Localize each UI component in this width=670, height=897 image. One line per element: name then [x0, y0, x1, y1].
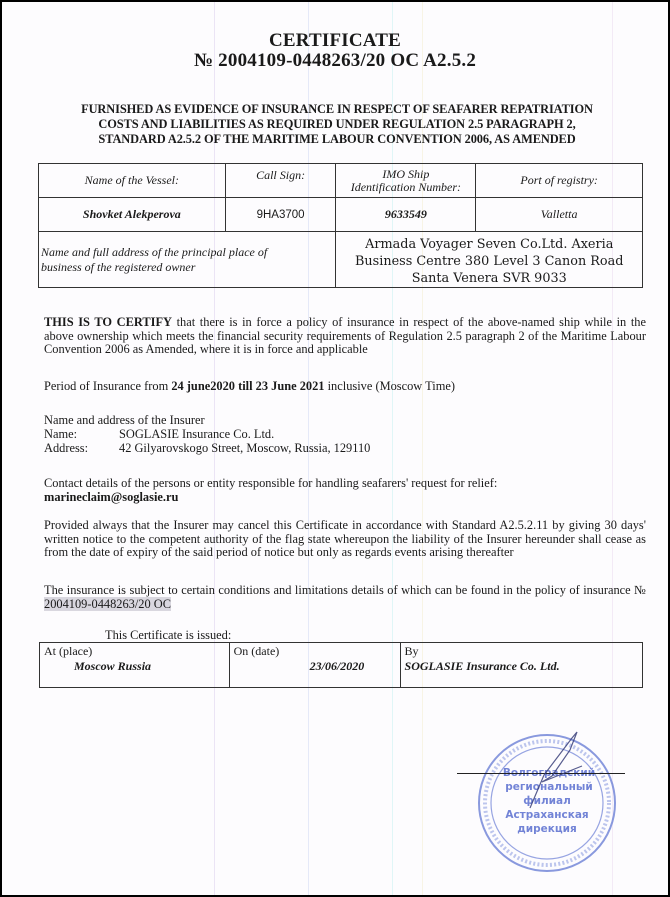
- furnished-line: COSTS AND LIABILITIES AS REQUIRED UNDER …: [52, 117, 622, 132]
- insurer-name: SOGLASIE Insurance Co. Ltd.: [119, 427, 274, 441]
- imo-header-line: IMO Ship: [336, 168, 475, 181]
- issuance-table: At (place) Moscow Russia On (date) 23/06…: [39, 642, 643, 688]
- period-suffix: inclusive (Moscow Time): [325, 379, 455, 393]
- owner-label-line: Name and full address of the principal p…: [41, 245, 333, 260]
- imo-number-value: 9633549: [336, 198, 476, 232]
- certificate-title: CERTIFICATE: [2, 30, 668, 52]
- furnished-line: FURNISHED AS EVIDENCE OF INSURANCE IN RE…: [52, 102, 622, 117]
- insurer-address-row: Address: 42 Gilyarovskogo Street, Moscow…: [44, 441, 646, 455]
- owner-address-line: Santa Venera SVR 9033: [336, 270, 642, 287]
- conditions-text: The insurance is subject to certain cond…: [44, 583, 646, 597]
- certificate-page: CERTIFICATE № 2004109-0448263/20 OC A2.5…: [2, 2, 668, 895]
- insurance-period: Period of Insurance from 24 june2020 til…: [44, 380, 646, 394]
- imo-header-line: Identification Number:: [336, 181, 475, 194]
- owner-row: Name and full address of the principal p…: [39, 232, 643, 288]
- policy-number: 2004109-0448263/20 OC: [44, 597, 171, 611]
- issued-by-cell: By SOGLASIE Insurance Co. Ltd.: [400, 643, 642, 688]
- period-prefix: Period of Insurance from: [44, 379, 171, 393]
- port-of-registry-value: Valletta: [476, 198, 643, 232]
- port-of-registry-header: Port of registry:: [476, 164, 643, 198]
- stamp-line: Астраханская: [505, 809, 588, 821]
- furnished-line: STANDARD A2.5.2 OF THE MARITIME LABOUR C…: [52, 132, 622, 147]
- owner-address-line: Business Centre 380 Level 3 Canon Road: [336, 253, 642, 270]
- issued-by-value: SOGLASIE Insurance Co. Ltd.: [405, 659, 638, 674]
- imo-number-header: IMO Ship Identification Number:: [336, 164, 476, 198]
- stamp-line: дирекция: [517, 823, 576, 835]
- vessel-details-table: Name of the Vessel: Call Sign: IMO Ship …: [38, 163, 643, 288]
- owner-address-value: Armada Voyager Seven Co.Ltd. Axeria Busi…: [336, 232, 643, 288]
- conditions-paragraph: The insurance is subject to certain cond…: [44, 584, 646, 611]
- owner-label-line: business of the registered owner: [41, 260, 333, 275]
- call-sign-header: Call Sign:: [225, 164, 336, 198]
- owner-address-line: Armada Voyager Seven Co.Ltd. Axeria: [336, 236, 642, 253]
- certify-paragraph: THIS IS TO CERTIFY that there is in forc…: [44, 316, 646, 357]
- furnished-statement: FURNISHED AS EVIDENCE OF INSURANCE IN RE…: [52, 102, 622, 147]
- issued-date-label: On (date): [234, 644, 396, 659]
- issued-place-cell: At (place) Moscow Russia: [40, 643, 230, 688]
- issued-place-label: At (place): [44, 644, 225, 659]
- issued-by-label: By: [405, 644, 638, 659]
- issued-date-value: 23/06/2020: [234, 659, 396, 674]
- contact-email-link[interactable]: marineclaim@soglasie.ru: [44, 490, 178, 504]
- issued-date-cell: On (date) 23/06/2020: [229, 643, 400, 688]
- issued-place-value: Moscow Russia: [44, 659, 225, 674]
- signature-mark: [522, 730, 592, 810]
- cancellation-paragraph: Provided always that the Insurer may can…: [44, 519, 646, 560]
- vessel-header-row: Name of the Vessel: Call Sign: IMO Ship …: [39, 164, 643, 198]
- insurer-address-label: Address:: [44, 441, 119, 455]
- vessel-values-row: Shovket Alekperova 9HA3700 9633549 Valle…: [39, 198, 643, 232]
- insurer-name-row: Name: SOGLASIE Insurance Co. Ltd.: [44, 427, 646, 441]
- insurer-name-label: Name:: [44, 427, 119, 441]
- insurer-heading: Name and address of the Insurer: [44, 413, 646, 427]
- vessel-name-value: Shovket Alekperova: [39, 198, 226, 232]
- contact-text: Contact details of the persons or entity…: [44, 477, 646, 491]
- insurer-details: Name and address of the Insurer Name: SO…: [44, 413, 646, 455]
- vessel-name-header: Name of the Vessel:: [39, 164, 226, 198]
- contact-details: Contact details of the persons or entity…: [44, 477, 646, 504]
- insurer-address: 42 Gilyarovskogo Street, Moscow, Russia,…: [119, 441, 370, 455]
- period-from-date: 24 june2020: [171, 379, 235, 393]
- call-sign-value: 9HA3700: [225, 198, 336, 232]
- certificate-number: № 2004109-0448263/20 OC A2.5.2: [2, 50, 668, 72]
- period-to-date: 23 June 2021: [256, 379, 325, 393]
- certify-lead: THIS IS TO CERTIFY: [44, 315, 172, 329]
- issued-label: This Certificate is issued:: [105, 628, 231, 643]
- period-till: till: [235, 379, 256, 393]
- owner-address-label: Name and full address of the principal p…: [39, 232, 336, 288]
